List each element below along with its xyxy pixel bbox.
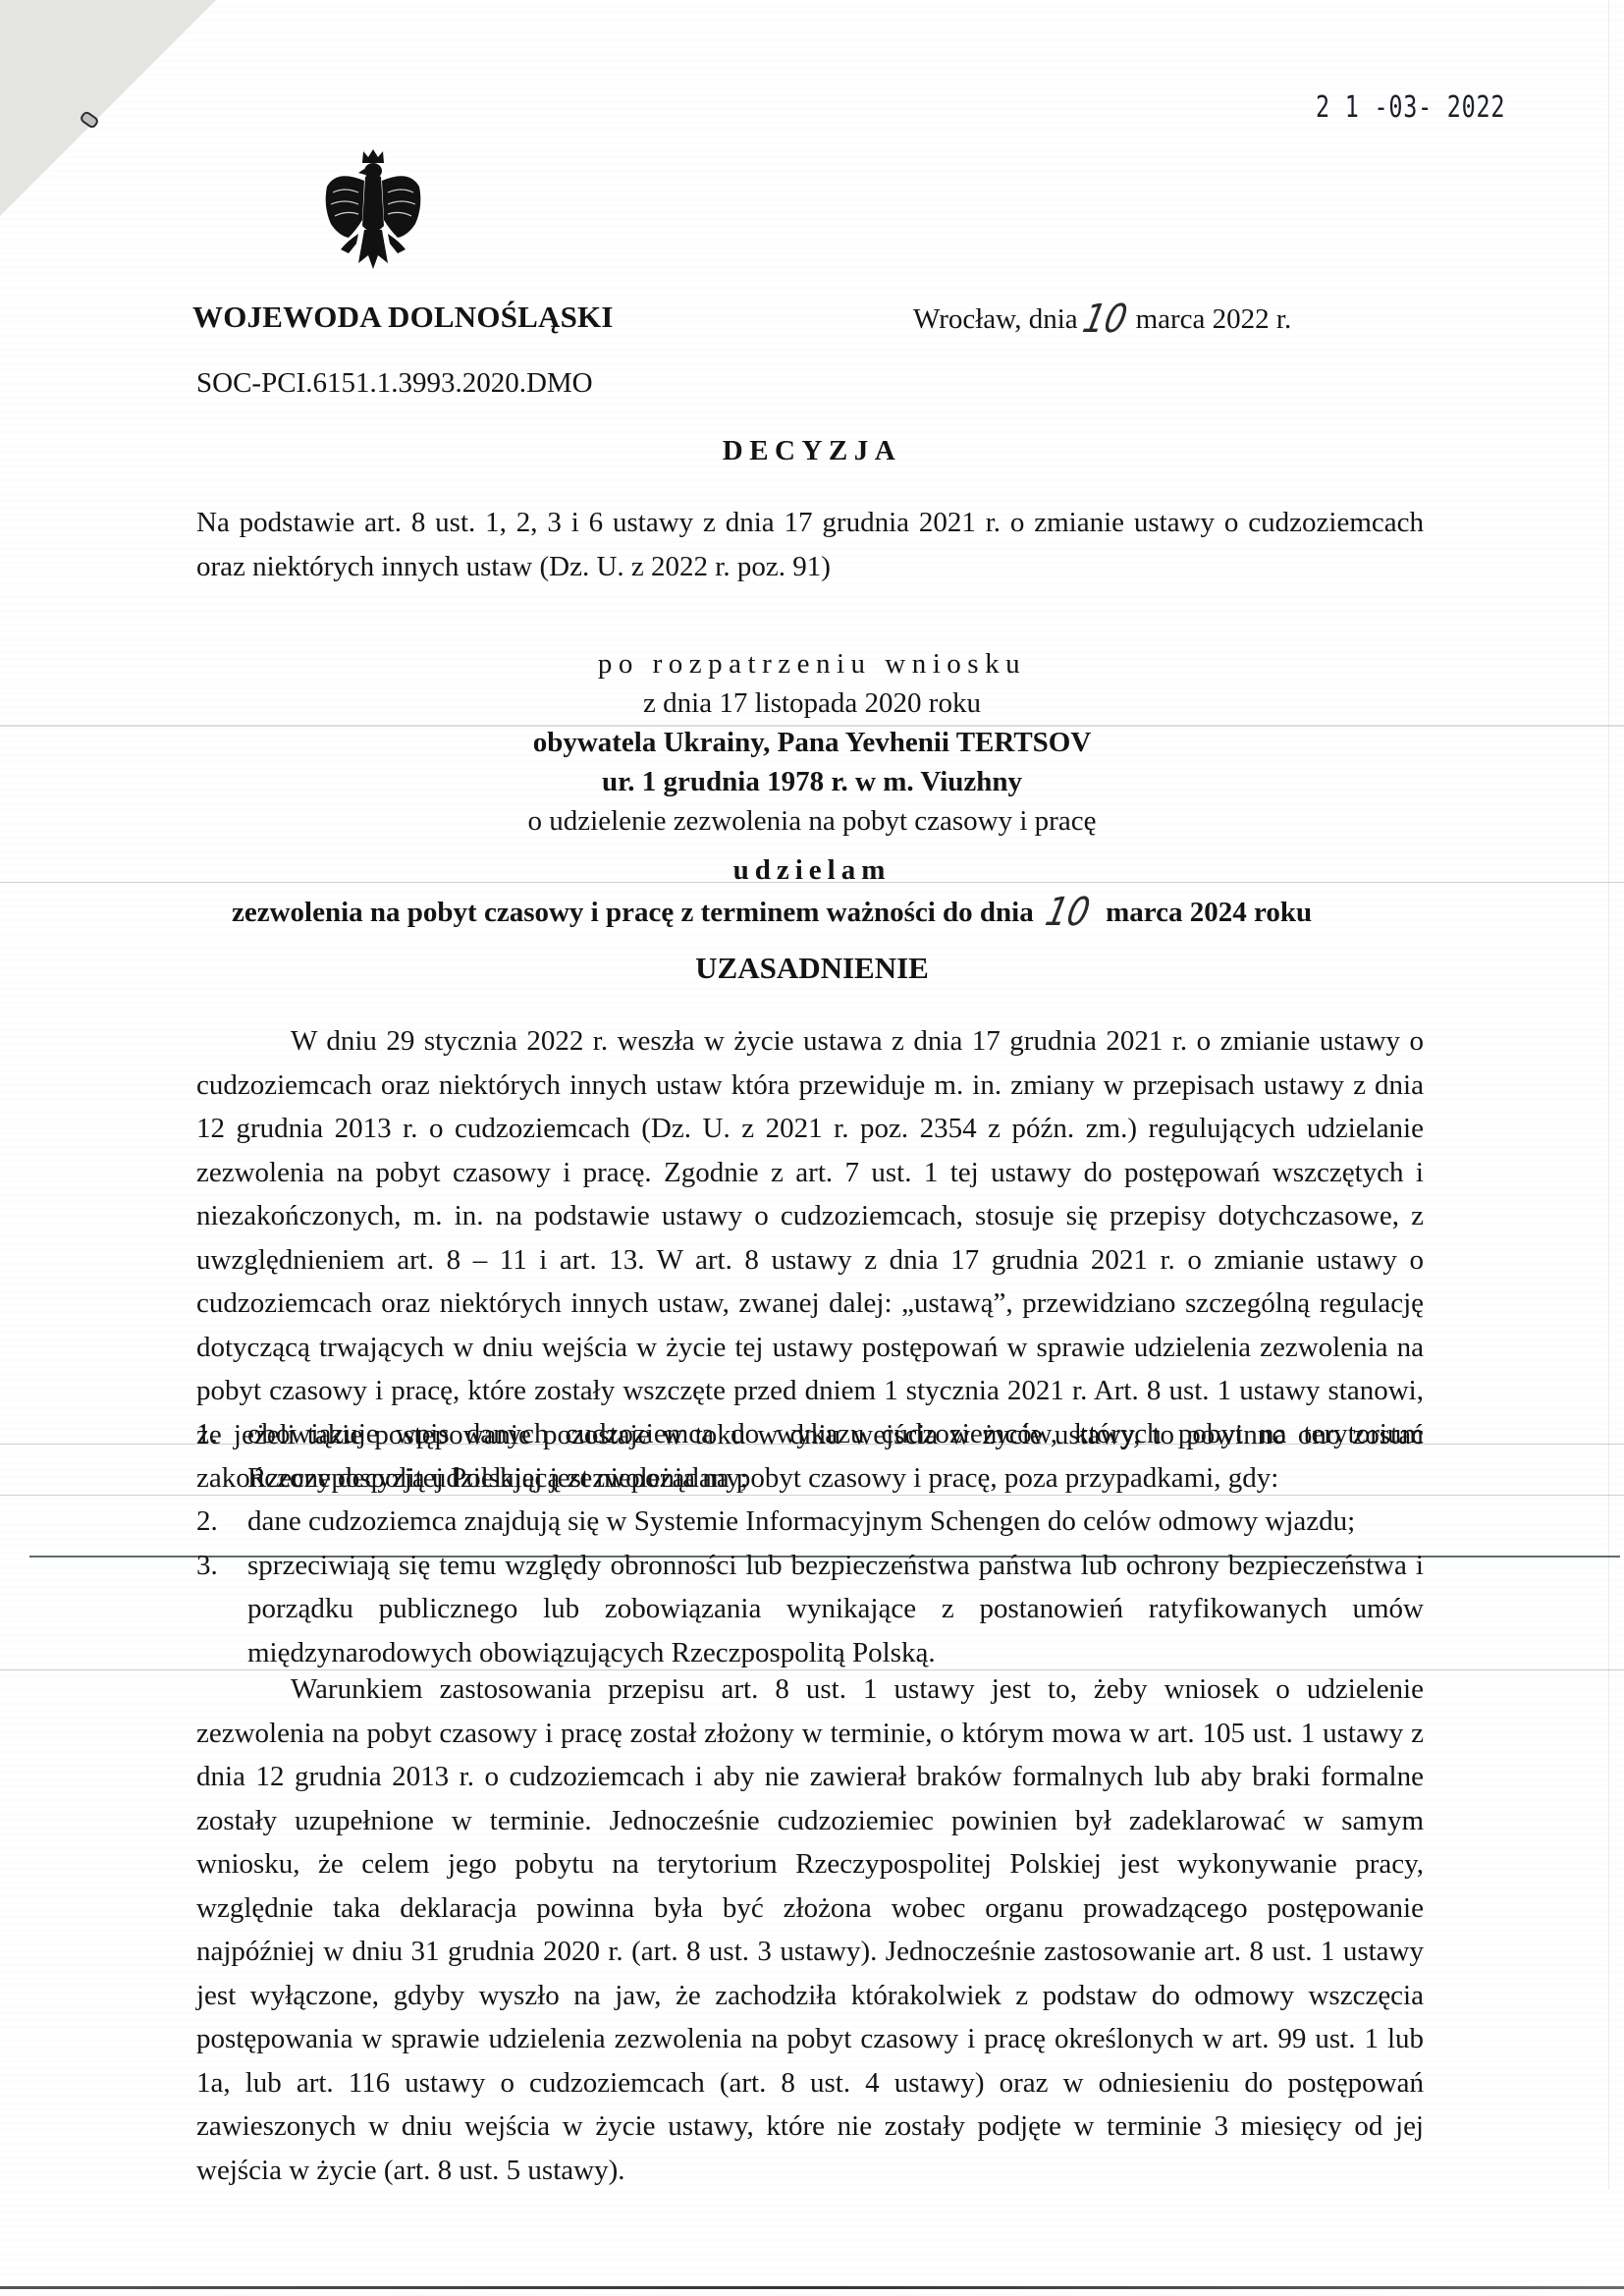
justification-paragraph-2: Warunkiem zastosowania przepisu art. 8 u… xyxy=(196,1667,1424,2192)
list-item-text: obowiązuje wpis danych cudzoziemca do wy… xyxy=(247,1412,1424,1500)
folded-corner xyxy=(0,0,216,216)
place-date-prefix: Wrocław, dnia xyxy=(913,303,1078,335)
case-number: SOC-PCI.6151.1.3993.2020.DMO xyxy=(196,367,593,400)
request-details: po rozpatrzeniu wniosku z dnia 17 listop… xyxy=(0,644,1624,841)
place-date-suffix: marca 2022 r. xyxy=(1136,303,1292,335)
place-and-date: Wrocław, dnia10marca 2022 r. xyxy=(913,297,1291,342)
justification-title: UZASADNIENIE xyxy=(0,951,1624,986)
list-item: 2. dane cudzoziemca znajdują się w Syste… xyxy=(196,1500,1424,1544)
list-item: 1. obowiązuje wpis danych cudzoziemca do… xyxy=(196,1412,1424,1500)
handwritten-validity-day: 10 xyxy=(1042,890,1094,935)
scan-bottom-edge xyxy=(0,2286,1624,2289)
applicant-birth: ur. 1 grudnia 1978 r. w m. Viuzhny xyxy=(0,762,1624,801)
grant-verb: udzielam xyxy=(0,854,1624,887)
applicant-name: obywatela Ukrainy, Pana Yevhenii TERTSOV xyxy=(0,723,1624,762)
list-item-text: dane cudzoziemca znajdują się w Systemie… xyxy=(247,1500,1424,1544)
list-item: 3. sprzeciwiają się temu względy obronno… xyxy=(196,1544,1424,1675)
list-item-text: sprzeciwiają się temu względy obronności… xyxy=(247,1544,1424,1675)
list-item-number: 1. xyxy=(196,1412,247,1500)
decision-title: DECYZJA xyxy=(0,435,1624,467)
justification-paragraph-2-text: Warunkiem zastosowania przepisu art. 8 u… xyxy=(196,1673,1424,2186)
received-date-stamp: 2 1 -03- 2022 xyxy=(1316,90,1505,125)
list-item-number: 2. xyxy=(196,1500,247,1544)
handwritten-day: 10 xyxy=(1079,297,1131,342)
request-line-1: po rozpatrzeniu wniosku xyxy=(0,644,1624,683)
grant-prefix: zezwolenia na pobyt czasowy i pracę z te… xyxy=(232,897,1034,928)
grant-statement: zezwolenia na pobyt czasowy i pracę z te… xyxy=(232,890,1312,935)
scan-margin-line xyxy=(1608,0,1609,2190)
issuing-authority: WOJEWODA DOLNOŚLĄSKI xyxy=(192,300,614,335)
request-subject: o udzielenie zezwolenia na pobyt czasowy… xyxy=(0,801,1624,841)
document-page: 2 1 -03- 2022 WO xyxy=(0,0,1624,2296)
grant-suffix: marca 2024 roku xyxy=(1106,897,1312,928)
polish-eagle-emblem-icon xyxy=(319,147,427,285)
exception-list: 1. obowiązuje wpis danych cudzoziemca do… xyxy=(196,1412,1424,1674)
list-item-number: 3. xyxy=(196,1544,247,1675)
request-date: z dnia 17 listopada 2020 roku xyxy=(0,683,1624,723)
legal-basis-paragraph: Na podstawie art. 8 ust. 1, 2, 3 i 6 ust… xyxy=(196,501,1424,588)
